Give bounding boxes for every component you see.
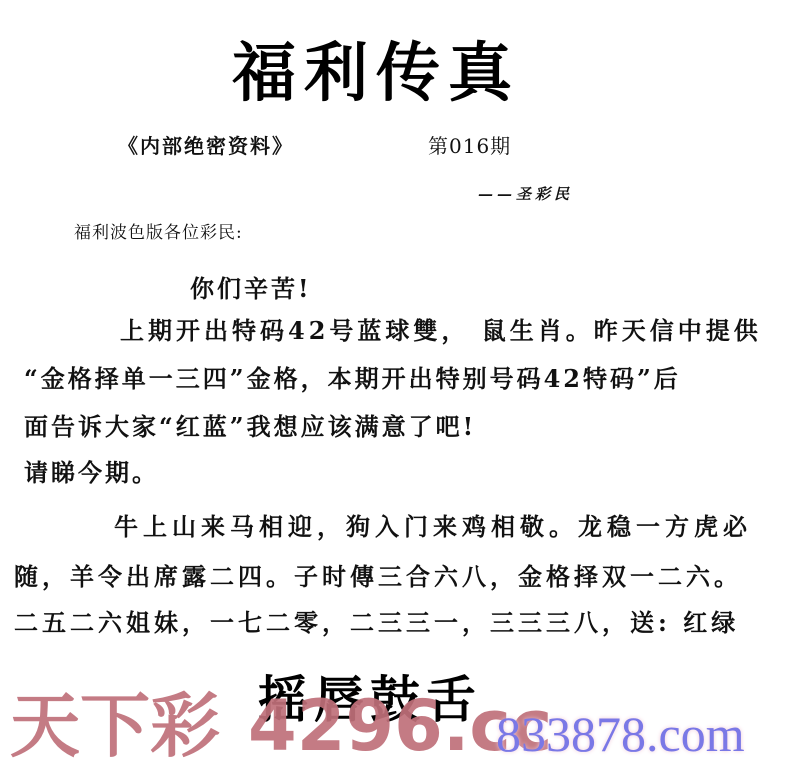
watermark-left: 天下彩4296.cc [10,686,552,766]
body-line: “金格择单一三四”金格，本期开出特别号码42特码”后 [24,362,681,396]
document-title: 福利传真 [232,34,520,114]
watermark-brand: 天下彩 [10,685,220,767]
body-line: 请睇今期。 [24,456,159,490]
issue-number: 第016期 [428,132,511,160]
salutation: 福利波色版各位彩民: [74,220,243,246]
signature: ——圣彩民 [478,183,573,205]
body-line: 牛上山来马相迎，狗入门来鸡相敬。龙稳一方虎必 [114,510,752,544]
body-line: 二五二六姐妹，一七二零，二三三一，三三三八，送: 红绿 [14,606,739,640]
body-line: 随，羊令出席露二四。子时傳三合六八，金格择双一二六。 [14,560,742,594]
document-subtitle: 《内部绝密资料》 [118,132,294,160]
body-line: 面告诉大家“红蓝”我想应该满意了吧! [24,410,476,444]
body-line: 上期开出特码42号蓝球雙， 鼠生肖。昨天信中提供 [120,314,762,348]
body-line-greeting: 你们辛苦! [190,272,312,306]
watermark-domain-right: 833878.com [496,704,745,764]
